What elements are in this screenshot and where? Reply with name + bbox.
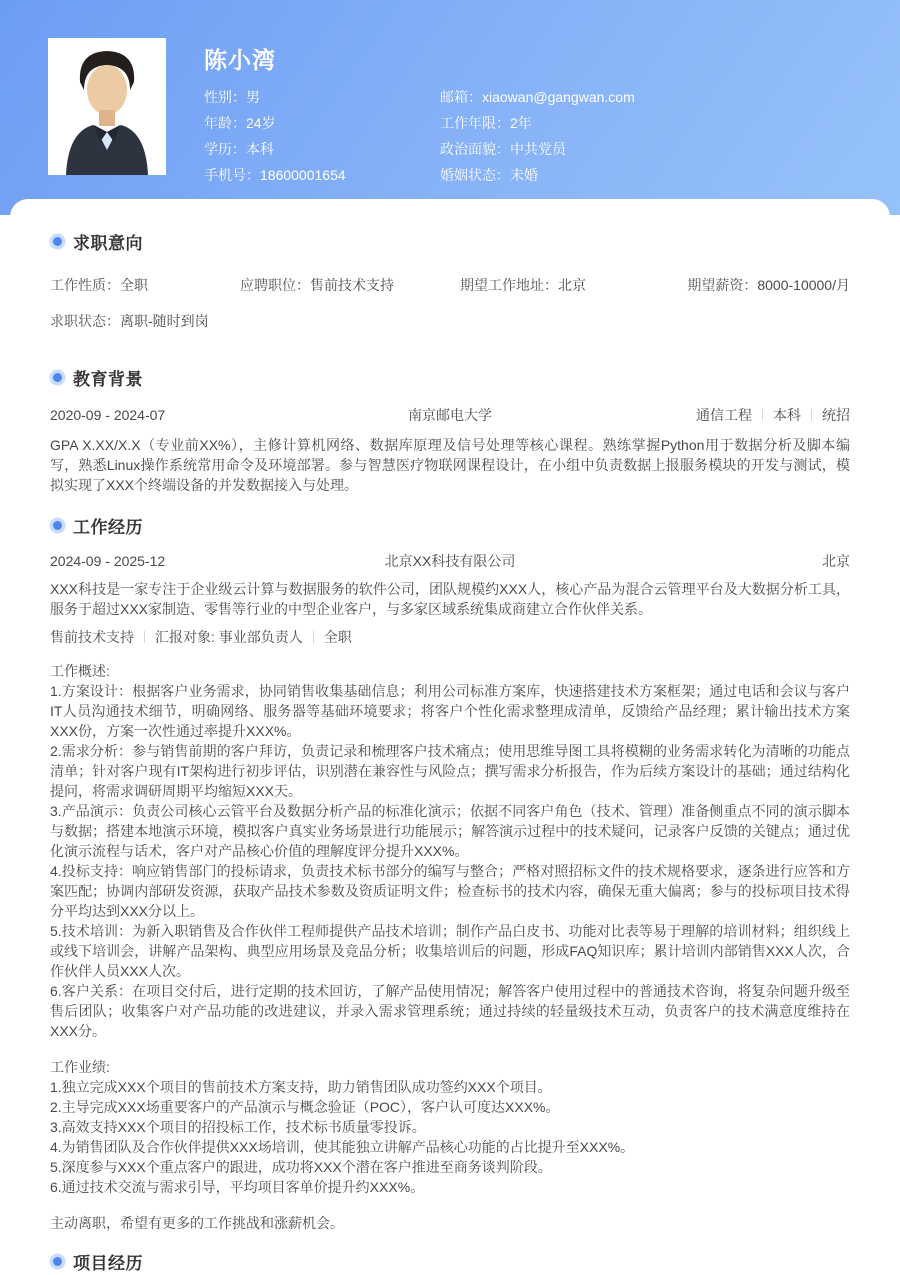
section-bullet-icon — [53, 237, 62, 246]
work-achievements-title: 工作业绩: — [50, 1057, 850, 1077]
work-achievement-item: 1.独立完成XXX个项目的售前技术方案支持，助力销售团队成功签约XXX个项目。 — [50, 1077, 850, 1097]
candidate-name: 陈小湾 — [204, 42, 276, 75]
divider — [144, 631, 145, 643]
info-marital-status: 婚姻状态：未婚 — [440, 162, 860, 188]
work-overview-item: 1.方案设计：根据客户业务需求，协同销售收集基础信息；利用公司标准方案库，快速搭… — [50, 681, 850, 741]
info-political-status: 政治面貌：中共党员 — [440, 136, 860, 162]
header-info-left: 性别：男 年龄：24岁 学历：本科 手机号：18600001654 — [204, 84, 434, 188]
work-overview-title: 工作概述: — [50, 661, 850, 681]
header-info-right: 邮箱：xiaowan@gangwan.com 工作年限：2年 政治面貌：中共党员… — [440, 84, 860, 188]
section-bullet-icon — [53, 521, 62, 530]
section-title: 项目经历 — [73, 1249, 143, 1274]
education-tags: 通信工程本科统招 — [630, 405, 850, 425]
info-work-years: 工作年限：2年 — [440, 110, 860, 136]
resume-body-card: 求职意向 工作性质：全职 应聘职位：售前技术支持 期望工作地址：北京 期望薪资：… — [10, 199, 890, 1273]
work-role-line: 售前技术支持汇报对象: 事业部负责人全职 — [50, 627, 850, 647]
role-title: 售前技术支持 — [50, 629, 134, 645]
work-overview-item: 5.技术培训：为新入职销售及合作伙伴工程师提供产品技术培训；制作产品白皮书、功能… — [50, 921, 850, 981]
field-position: 应聘职位：售前技术支持 — [240, 275, 460, 295]
job-intention-title-row: 求职意向 — [50, 229, 850, 253]
company-intro: XXX科技是一家专注于企业级云计算与数据服务的软件公司，团队规模约XXX人，核心… — [50, 579, 850, 619]
work-city: 北京 — [630, 551, 850, 571]
education-admission-type: 统招 — [822, 407, 850, 423]
work-overview-item: 4.投标支持：响应销售部门的投标请求，负责技术标书部分的编写与整合；严格对照招标… — [50, 861, 850, 921]
work-overview-item: 6.客户关系：在项目交付后，进行定期的技术回访，了解产品使用情况；解答客户使用过… — [50, 981, 850, 1041]
work-achievement-item: 3.高效支持XXX个项目的招投标工作，技术标书质量零投诉。 — [50, 1117, 850, 1137]
divider — [762, 409, 763, 421]
section-work-experience: 工作经历 2024-09 - 2025-12 北京XX科技有限公司 北京 XXX… — [50, 513, 850, 1233]
education-major: 通信工程 — [696, 407, 752, 423]
work-overview-block: 工作概述: 1.方案设计：根据客户业务需求，协同销售收集基础信息；利用公司标准方… — [50, 661, 850, 1041]
job-intention-fields-row: 工作性质：全职 应聘职位：售前技术支持 期望工作地址：北京 期望薪资：8000-… — [50, 275, 850, 295]
field-salary: 期望薪资：8000-10000/月 — [676, 275, 850, 295]
work-period: 2024-09 - 2025-12 — [50, 551, 270, 571]
divider — [313, 631, 314, 643]
role-report-to: 汇报对象: 事业部负责人 — [155, 629, 303, 645]
education-description: GPA X.XX/X.X（专业前XX%），主修计算机网络、数据库原理及信号处理等… — [50, 435, 850, 495]
field-location: 期望工作地址：北京 — [460, 275, 676, 295]
section-title: 教育背景 — [73, 365, 143, 390]
section-job-intention: 求职意向 工作性质：全职 应聘职位：售前技术支持 期望工作地址：北京 期望薪资：… — [50, 229, 850, 331]
work-achievement-item: 4.为销售团队及合作伙伴提供XXX场培训，使其能独立讲解产品核心功能的占比提升至… — [50, 1137, 850, 1157]
info-age: 年龄：24岁 — [204, 110, 434, 136]
work-overview-item: 2.需求分析：参与销售前期的客户拜访，负责记录和梳理客户技术痛点；使用思维导图工… — [50, 741, 850, 801]
section-title: 求职意向 — [73, 229, 143, 254]
resume-header: 陈小湾 性别：男 年龄：24岁 学历：本科 手机号：18600001654 邮箱… — [0, 0, 900, 215]
profile-photo — [48, 38, 166, 175]
divider — [811, 409, 812, 421]
education-degree: 本科 — [773, 407, 801, 423]
work-title-row: 工作经历 — [50, 513, 850, 537]
info-gender: 性别：男 — [204, 84, 434, 110]
work-meta-row: 2024-09 - 2025-12 北京XX科技有限公司 北京 — [50, 551, 850, 571]
work-achievement-item: 6.通过技术交流与需求引导，平均项目客单价提升约XXX%。 — [50, 1177, 850, 1197]
leaving-reason: 主动离职，希望有更多的工作挑战和涨薪机会。 — [50, 1213, 850, 1233]
projects-title-row: 项目经历 — [50, 1249, 850, 1273]
education-period: 2020-09 - 2024-07 — [50, 405, 270, 425]
education-school: 南京邮电大学 — [270, 405, 630, 425]
work-achievement-item: 2.主导完成XXX场重要客户的产品演示与概念验证（POC），客户认可度达XXX%… — [50, 1097, 850, 1117]
info-email: 邮箱：xiaowan@gangwan.com — [440, 84, 860, 110]
field-job-type: 工作性质：全职 — [50, 275, 240, 295]
section-title: 工作经历 — [73, 513, 143, 538]
info-degree: 学历：本科 — [204, 136, 434, 162]
info-phone: 手机号：18600001654 — [204, 162, 434, 188]
section-bullet-icon — [53, 1257, 62, 1266]
education-title-row: 教育背景 — [50, 365, 850, 389]
education-meta-row: 2020-09 - 2024-07 南京邮电大学 通信工程本科统招 — [50, 405, 850, 425]
work-company: 北京XX科技有限公司 — [270, 551, 630, 571]
section-projects: 项目经历 — [50, 1249, 850, 1273]
work-achievements-block: 工作业绩: 1.独立完成XXX个项目的售前技术方案支持，助力销售团队成功签约XX… — [50, 1057, 850, 1197]
section-bullet-icon — [53, 373, 62, 382]
work-achievement-item: 5.深度参与XXX个重点客户的跟进，成功将XXX个潜在客户推进至商务谈判阶段。 — [50, 1157, 850, 1177]
field-job-status: 求职状态：离职-随时到岗 — [50, 311, 850, 331]
person-portrait-icon — [48, 38, 166, 175]
work-overview-item: 3.产品演示：负责公司核心云管平台及数据分析产品的标准化演示；依据不同客户角色（… — [50, 801, 850, 861]
role-job-type: 全职 — [324, 629, 352, 645]
section-education: 教育背景 2020-09 - 2024-07 南京邮电大学 通信工程本科统招 G… — [50, 365, 850, 495]
